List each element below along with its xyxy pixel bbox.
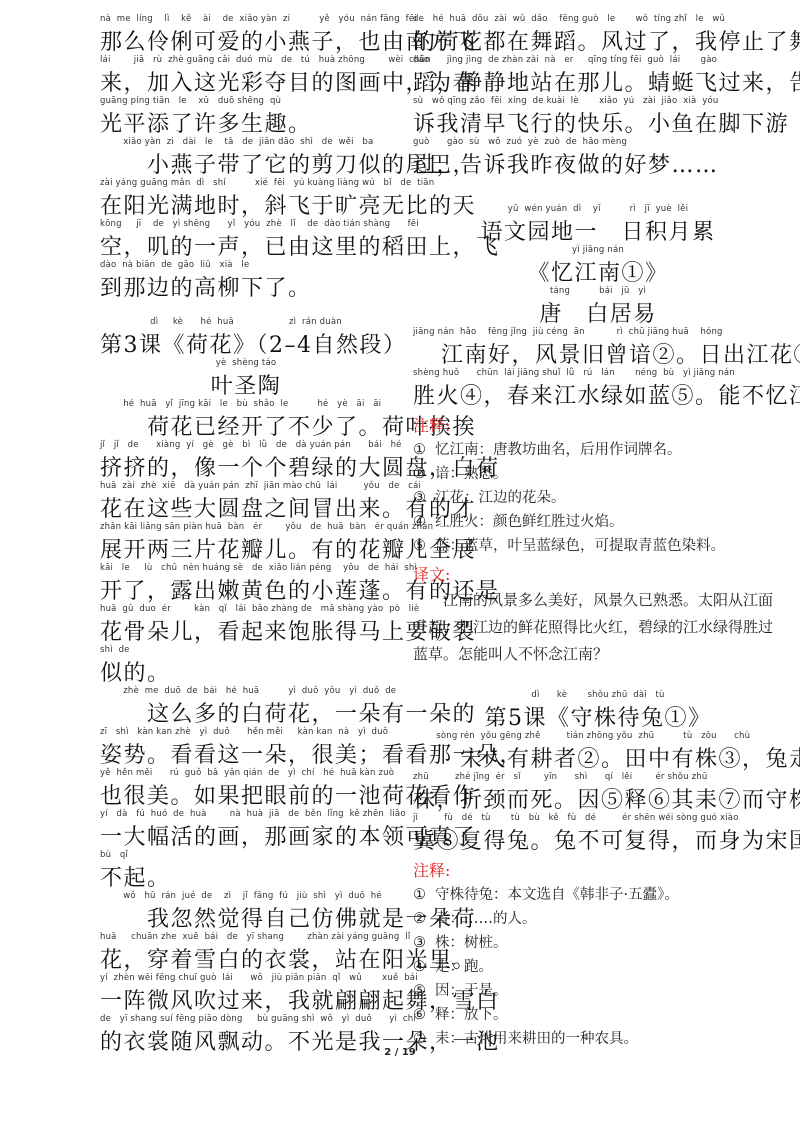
note-text: 守株待兔：本文选自《韩非子·五蠹》。 [435,887,679,903]
pinyin: bù qǐ [100,850,128,860]
pinyin: nà me líng lì kě ài de xiǎo yàn zi yě yó… [100,14,417,24]
pinyin: zhè me duō de bái hé huā yì duǒ yǒu yì d… [100,686,396,696]
text-line: guò gào sù wǒ zuó yè zuò de hǎo mèng过，告诉… [413,137,783,178]
pinyin: yì jiāng nán [413,245,783,255]
pinyin: guò gào sù wǒ zuó yè zuò de hǎo mèng [413,137,627,147]
note-item: ④走：跑。 [413,955,783,979]
pinyin: shì de [100,645,130,655]
garden-title: yǔ wén yuán dì yī rì jī yuè lěi语文园地一 日积月… [413,204,783,245]
pinyin: de hé huā dōu zài wǔ dǎo fēng guò le wǒ … [413,14,725,24]
text-line: huā gǔ duo ér kàn qǐ lái bǎo zhàng de mǎ… [100,604,392,645]
pinyin: guāng píng tiān le xǔ duō shēng qù [100,96,281,106]
note-text: 谙：熟悉。 [435,466,508,482]
pinyin: yí dà fú huó de huà nà huà jiā de běn lǐ… [100,809,406,819]
text-line: zài yáng guāng mǎn dì shí xié fēi yú kuà… [100,178,392,219]
note-item: ④红胜火：颜色鲜红胜过火焰。 [413,510,783,534]
notes-label: 注释: [413,413,783,436]
pinyin: hé huā yǐ jīng kāi le bù shǎo le hé yè ā… [100,399,381,409]
note-text: 耒：古代用来耕田的一种农具。 [435,1031,638,1047]
hanzi: 过，告诉我昨夜做的好梦…… [413,148,719,179]
lesson5-title: dì kè shǒu zhū dài tù第5课《守株待兔①》 [413,690,783,731]
pinyin: yí zhèn wēi fēng chuī guò lái wǒ jiù piā… [100,973,418,983]
text-line: huā zài zhè xiē dà yuán pán zhī jiān mào… [100,481,392,522]
pinyin: zài yáng guāng mǎn dì shí xié fēi yú kuà… [100,178,434,188]
hanzi: 语文园地一 日积月累 [413,215,783,246]
pinyin: jì fù dé tù tù bù kě fù dé ér shēn wéi s… [413,813,739,823]
spacer [413,668,783,690]
pinyin: shèng huǒ chūn lái jiāng shuǐ lǜ rú lán … [413,368,735,378]
note-text: 江花：江边的花朵。 [435,490,566,506]
text-line: hé huā yǐ jīng kāi le bù shǎo le hé yè ā… [100,399,392,440]
note-number: ⑤ [413,979,435,1003]
text-line: wǒ hū rán jué de zì jǐ fǎng fú jiù shì y… [100,891,392,932]
text-line: kāi le lù chū nèn huáng sè de xiǎo lián … [100,563,392,604]
text-line: bù qǐ不起。 [100,850,392,891]
pinyin: de yī shang suí fēng piāo dòng bù guāng … [100,1014,416,1024]
hanzi: 江南好，风景旧曾谙②。日出江花③红 [441,338,800,369]
text-line: sòng rén yǒu gēng zhě tián zhōng yǒu zhū… [413,731,783,772]
note-item: ⑤蓝：蓝草，叶呈蓝绿色，可提取青蓝色染料。 [413,534,783,558]
translation-label: 译文: [413,562,783,585]
hanzi: 唐 白居易 [413,297,783,328]
pinyin: yǔ wén yuán dì yī rì jī yuè lěi [413,204,783,214]
pinyin: zhū zhé jǐng ér sǐ yīn shì qí lěi ér shǒ… [413,772,707,782]
hanzi: 第3课《荷花》（2–4自然段） [100,328,392,359]
note-item: ③江花：江边的花朵。 [413,486,783,510]
hanzi: 蹈，静静地站在那儿。蜻蜓飞过来，告 [413,66,800,97]
hanzi: 株，折颈而死。因⑤释⑥其耒⑦而守株， [413,783,800,814]
note-number: ③ [413,486,435,510]
hanzi: 叶圣陶 [100,369,392,400]
pinyin: zhǎn kāi liǎng sān piàn huā bàn ér yǒu d… [100,522,433,532]
hanzi: 到那边的高柳下了。 [100,271,312,302]
note-text: 红胜火：颜色鲜红胜过火焰。 [435,514,624,530]
hanzi: 《忆江南①》 [413,256,783,287]
lesson3-author: yè shèng táo叶圣陶 [100,358,392,399]
note-item: ①守株待兔：本文选自《韩非子·五蠹》。 [413,883,783,907]
note-text: 株：树桩。 [435,935,508,951]
text-line: guāng píng tiān le xǔ duō shēng qù光平添了许多… [100,96,392,137]
hanzi: 光平添了许多生趣。 [100,107,312,138]
note-number: ⑥ [413,1003,435,1027]
note-text: 因：于是。 [435,983,508,999]
pinyin: lái jiā rù zhè guāng cǎi duó mù de tú hu… [100,55,431,65]
text-line: shì de似的。 [100,645,392,686]
pinyin: huā zài zhè xiē dà yuán pán zhī jiān mào… [100,481,421,491]
pinyin: zī shì kàn kan zhè yì duǒ hěn měi kàn ka… [100,727,388,737]
notes-label: 注释: [413,858,783,881]
spacer [100,301,392,317]
text-line: zhǎn kāi liǎng sān piàn huā bàn ér yǒu d… [100,522,392,563]
text-line: lái jiā rù zhè guāng cǎi duó mù de tú hu… [100,55,392,96]
hanzi: 不起。 [100,861,171,892]
note-item: ②者：……的人。 [413,907,783,931]
poem-title: yì jiāng nán《忆江南①》 [413,245,783,286]
pinyin: dì kè hé huā zì rán duàn [100,317,392,327]
note-item: ⑥释：放下。 [413,1003,783,1027]
page-number: 2 / 19 [0,1047,800,1058]
pinyin: yè shèng táo [100,358,392,368]
pinyin: kōng jī de yì shēng yǐ yóu zhè lǐ de dào… [100,219,419,229]
note-item: ②谙：熟悉。 [413,462,783,486]
note-number: ⑤ [413,534,435,558]
pinyin: huā chuān zhe xuě bái de yī shang zhàn z… [100,932,410,942]
pinyin: jǐ jǐ de xiàng yí gè gè bì lǜ de dà yuán… [100,440,402,450]
pinyin: yě hěn měi rú guǒ bǎ yǎn qián de yì chí … [100,768,394,778]
pinyin: sù wǒ qīng zǎo fēi xíng de kuài lè xiǎo … [413,96,718,106]
note-text: 忆江南：唐教坊曲名，后用作词牌名。 [435,442,682,458]
text-line: jì fù dé tù tù bù kě fù dé ér shēn wéi s… [413,813,783,854]
note-text: 释：放下。 [435,1007,508,1023]
text-line: zhè me duō de bái hé huā yì duǒ yǒu yì d… [100,686,392,727]
text-line: yí dà fú huó de huà nà huà jiā de běn lǐ… [100,809,392,850]
text-line: sù wǒ qīng zǎo fēi xíng de kuài lè xiǎo … [413,96,783,137]
pinyin: táng bái jū yì [413,286,783,296]
text-line: huā chuān zhe xuě bái de yī shang zhàn z… [100,932,392,973]
hanzi: 第5课《守株待兔①》 [413,701,783,732]
text-line: jǐ jǐ de xiàng yí gè gè bì lǜ de dà yuán… [100,440,392,481]
text-line: zī shì kàn kan zhè yì duǒ hěn měi kàn ka… [100,727,392,768]
note-item: ①忆江南：唐教坊曲名，后用作词牌名。 [413,438,783,462]
poem-line: shèng huǒ chūn lái jiāng shuǐ lǜ rú lán … [413,368,783,409]
pinyin: dǎo jìng jìng de zhàn zài nà er qīng tín… [413,55,717,65]
right-column: de hé huā dōu zài wǔ dǎo fēng guò le wǒ … [413,14,783,1051]
translation-text: 江南的风景多么美好，风景久已熟悉。太阳从江面升起，把江边的鲜花照得比火红，碧绿的… [413,587,783,668]
note-number: ① [413,438,435,462]
text-line: yí zhèn wēi fēng chuī guò lái wǒ jiù piā… [100,973,392,1014]
text-line: kōng jī de yì shēng yǐ yóu zhè lǐ de dào… [100,219,392,260]
hanzi: 宋人有耕者②。田中有株③，兔走④触 [413,742,800,773]
text-line: dǎo jìng jìng de zhàn zài nà er qīng tín… [413,55,783,96]
lesson3-title: dì kè hé huā zì rán duàn第3课《荷花》（2–4自然段） [100,317,392,358]
hanzi: 似的。 [100,656,171,687]
note-item: ③株：树桩。 [413,931,783,955]
note-text: 者：……的人。 [435,911,537,927]
pinyin: jiāng nán hǎo fēng jǐng jiù céng ān rì c… [413,327,723,337]
hanzi: 的荷花都在舞蹈。风过了，我停止了舞 [413,25,800,56]
spacer [413,178,783,204]
text-line: zhū zhé jǐng ér sǐ yīn shì qí lěi ér shǒ… [413,772,783,813]
text-line: nà me líng lì kě ài de xiǎo yàn zi yě yó… [100,14,392,55]
hanzi: 胜火④，春来江水绿如蓝⑤。能不忆江南？ [413,379,800,410]
pinyin: wǒ hū rán jué de zì jǐ fǎng fú jiù shì y… [100,891,382,901]
text-line: xiǎo yàn zi dài le tā de jiǎn dāo shì de… [100,137,392,178]
pinyin: huā gǔ duo ér kàn qǐ lái bǎo zhàng de mǎ… [100,604,419,614]
note-text: 蓝：蓝草，叶呈蓝绿色，可提取青蓝色染料。 [435,538,725,554]
note-number: ④ [413,955,435,979]
note-number: ③ [413,931,435,955]
pinyin: sòng rén yǒu gēng zhě tián zhōng yǒu zhū… [413,731,750,741]
text-line: de hé huā dōu zài wǔ dǎo fēng guò le wǒ … [413,14,783,55]
pinyin: dào nà biān de gāo liǔ xià le [100,260,249,270]
note-text: 走：跑。 [435,959,493,975]
hanzi: 诉我清早飞行的快乐。小鱼在脚下游 [413,107,789,138]
poem-author: táng bái jū yì唐 白居易 [413,286,783,327]
pinyin: kāi le lù chū nèn huáng sè de xiǎo lián … [100,563,417,573]
note-number: ① [413,883,435,907]
note-item: ⑤因：于是。 [413,979,783,1003]
hanzi: 冀⑧复得兔。兔不可复得，而身为宋国笑。 [413,824,800,855]
pinyin: dì kè shǒu zhū dài tù [413,690,783,700]
note-number: ④ [413,510,435,534]
left-column: nà me líng lì kě ài de xiǎo yàn zi yě yó… [100,14,392,1055]
text-line: dào nà biān de gāo liǔ xià le到那边的高柳下了。 [100,260,392,301]
note-number: ② [413,462,435,486]
note-number: ② [413,907,435,931]
pinyin: xiǎo yàn zi dài le tā de jiǎn dāo shì de… [100,137,373,147]
translation-paragraph: 江南的风景多么美好，风景久已熟悉。太阳从江面升起，把江边的鲜花照得比火红，碧绿的… [413,587,783,668]
poem-line: jiāng nán hǎo fēng jǐng jiù céng ān rì c… [413,327,783,368]
text-line: yě hěn měi rú guǒ bǎ yǎn qián de yì chí … [100,768,392,809]
